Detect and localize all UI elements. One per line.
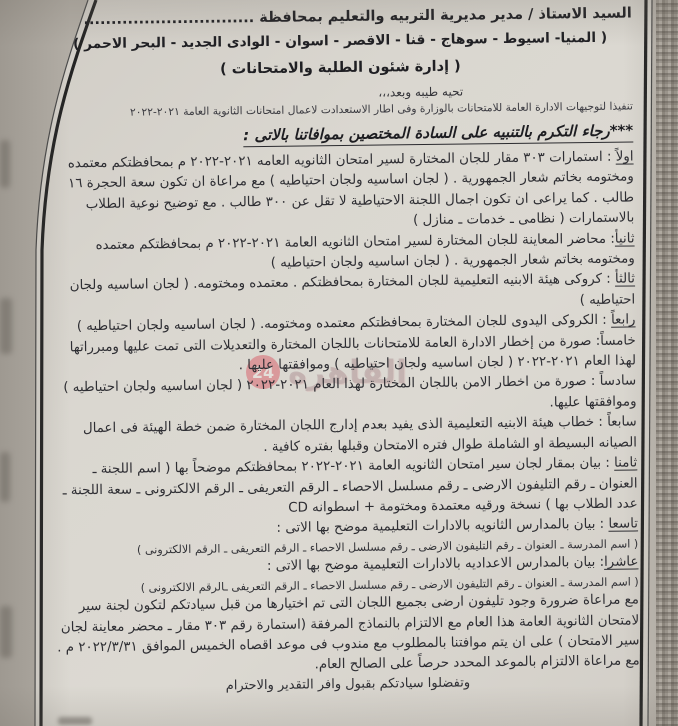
item-text: محاضر المعاينة للجان المختارة لسير امتحا…	[95, 231, 634, 271]
item-ordinal: سادساً	[600, 374, 637, 389]
item-text: بيان بالمدارس الثانويه بالادارات التعليم…	[276, 517, 595, 536]
item-ordinal: رابعاً	[611, 313, 636, 328]
list-item: ثانيأ: محاضر المعاينة للجان المختارة لسي…	[50, 229, 634, 277]
scan-edge-texture	[656, 0, 678, 726]
item-text: بيان بالمدارس الاعداديه بالادارات التعلي…	[267, 555, 596, 574]
item-separator: :	[587, 374, 600, 389]
item-ordinal: عاشرا	[604, 555, 639, 570]
cutoff-text-smudge	[58, 717, 92, 725]
item-text: بيان بمقار لجان سير امتحان الثانويه العا…	[63, 456, 638, 516]
item-text: استمارات ٣٠٣ مقار للجان المختارة لسير ام…	[68, 150, 635, 229]
scan-artifact-blob	[0, 606, 12, 658]
item-separator: :	[601, 456, 614, 471]
list-item: سادساً : صورة من اخطار الامن باللجان الم…	[52, 372, 636, 420]
item-separator: :	[594, 415, 607, 430]
item-text: الكروكى اليدوى للجان المختارة بمحافظتكم …	[77, 313, 598, 334]
item-ordinal: تاسعا	[608, 517, 638, 532]
item-text: خطاب هيئة الابنيه التعليمية الذى يفيد بع…	[83, 415, 637, 454]
scanned-document-page: 24 القاهرة السيد الاستاذ / مدير مديرية ا…	[0, 0, 678, 726]
list-item: اولاً : استمارات ٣٠٣ مقار للجان المختارة…	[49, 147, 634, 236]
right-frame-thick-line	[641, 0, 646, 726]
list-item: ثالثأ : كروكى هيئة الابنيه التعليمية للج…	[51, 270, 635, 318]
item-ordinal: ثانيأ	[615, 231, 635, 246]
scan-artifact-blob	[0, 298, 12, 354]
items-list: اولاً : استمارات ٣٠٣ مقار للجان المختارة…	[49, 147, 638, 597]
list-item: سابعاً : خطاب هيئة الابنيه التعليمية الذ…	[53, 413, 637, 461]
item-separator: :	[603, 150, 616, 165]
item-ordinal: ثامنا	[614, 456, 637, 471]
item-text: صورة من اخطار الامن باللجان المختارة لهذ…	[63, 375, 636, 411]
list-item: ثامنا : بيان بمقار لجان سير امتحان الثان…	[53, 454, 638, 522]
item-separator: :	[598, 313, 611, 328]
item-separator: :	[595, 555, 604, 570]
item-ordinal: سابعاً	[607, 415, 637, 430]
scan-artifact-blob	[0, 140, 10, 188]
item-ordinal: ثالثأ	[615, 272, 635, 287]
recipient-line: السيد الاستاذ / مدير مديرية التربيه والت…	[48, 5, 632, 28]
item-ordinal: اولاً	[616, 149, 634, 164]
item-separator: :	[595, 517, 608, 532]
scan-artifact-blob	[0, 452, 10, 502]
governorates-line: ( المنيا- اسيوط - سوهاج - قنا - الاقصر -…	[48, 29, 632, 52]
list-item: خامساً: صورة من إخطار الادارة العامة للا…	[52, 331, 636, 379]
item-text: كروكى هيئة الابنيه التعليمية للجان المخت…	[70, 272, 636, 308]
item-separator: :	[602, 272, 615, 287]
item-ordinal: خامساً	[600, 333, 636, 348]
item-text: صورة من إخطار الادارة العامة للامتحانات …	[70, 334, 636, 374]
request-heading: ***رجاء التكرم بالتنبيه على السادة المخت…	[49, 121, 633, 149]
closing-paragraph: مع مراعاة ضرورة وجود تليفون ارضى بجميع ا…	[55, 591, 640, 680]
document-content: السيد الاستاذ / مدير مديرية التربيه والت…	[48, 0, 641, 726]
request-heading-text: ***رجاء التكرم بالتنبيه على السادة المخت…	[243, 121, 633, 147]
department-line: ( إدارة شئون الطلبة والامتحانات )	[48, 56, 632, 79]
